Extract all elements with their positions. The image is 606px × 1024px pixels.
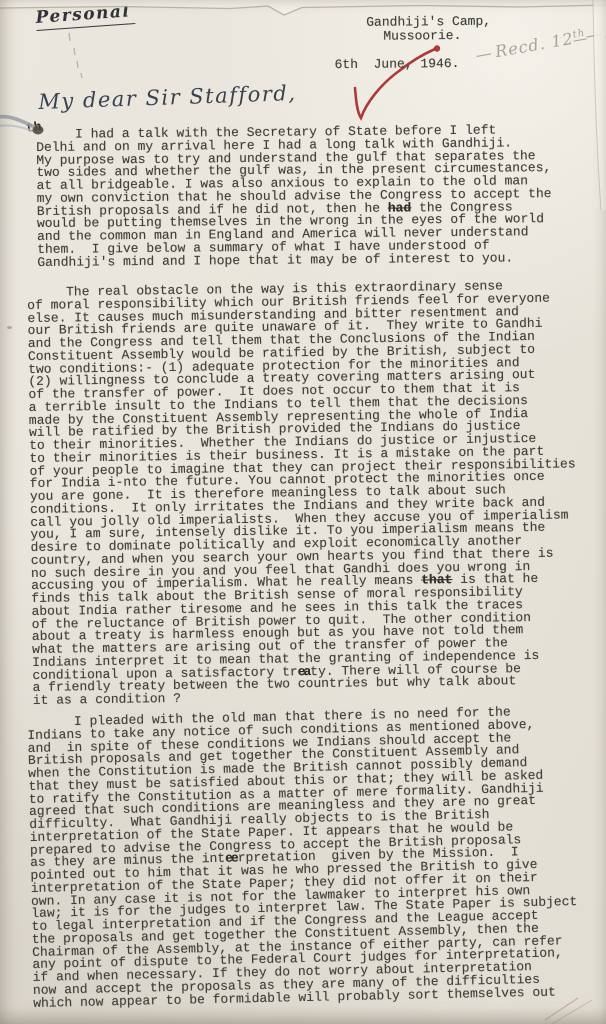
photo-vignette xyxy=(0,0,606,1024)
letter-page: Personal Gandhiji's Camp, Mussoorie. 6th… xyxy=(0,0,606,1024)
